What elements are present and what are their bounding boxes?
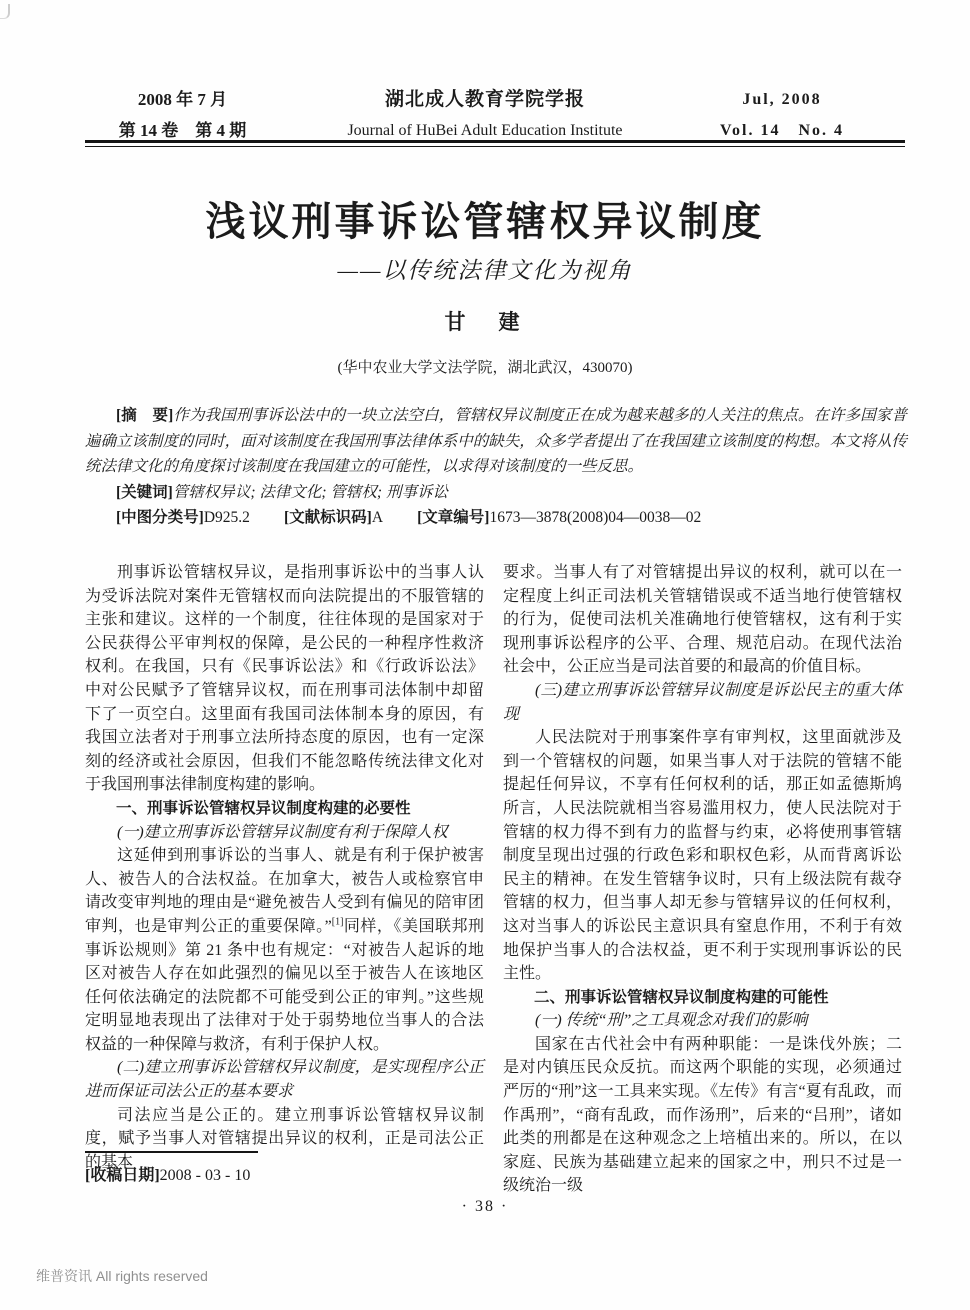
header-journal: 湖北成人教育学院学报 Journal of HuBei Adult Educat… [285, 84, 685, 146]
left-column: 刑事诉讼管辖权异议，是指刑事诉讼中的当事人认为受诉法院对案件无管辖权而向法院提出… [85, 561, 484, 1174]
header-date-en: Jul, 2008 [682, 84, 882, 115]
paragraph: 刑事诉讼管辖权异议，是指刑事诉讼中的当事人认为受诉法院对案件无管辖权而向法院提出… [85, 561, 484, 797]
subsection-heading-3: (三)建立刑事诉讼管辖异议制度是诉讼民主的重大体现 [503, 679, 902, 726]
doc-code-label: [文献标识码] [284, 509, 372, 526]
scan-artifact [0, 4, 10, 19]
subsection-heading-4: (一) 传统“刑”之工具观念对我们的影响 [503, 1009, 902, 1033]
keywords-text: 管辖权异议; 法律文化; 管辖权; 刑事诉讼 [173, 484, 448, 501]
author-name: 甘 建 [0, 306, 970, 336]
watermark: 维普资讯 All rights reserved [36, 1266, 208, 1286]
received-date-line: [收稿日期]2008 - 03 - 10 [85, 1162, 250, 1185]
journal-title-cn: 湖北成人教育学院学报 [285, 84, 685, 115]
header-date-cn: 2008 年 7 月 [90, 84, 275, 115]
abstract: [摘 要]作为我国刑事诉讼法中的一块立法空白，管辖权异议制度正在成为越来越多的人… [85, 403, 907, 480]
paragraph: 要求。当事人有了对管辖提出异议的权利，就可以在一定程度上纠正司法机关管辖错误或不… [503, 561, 902, 679]
received-date-value: 2008 - 03 - 10 [160, 1167, 251, 1184]
abstract-label: [摘 要] [116, 407, 173, 424]
subsection-heading-2: (二)建立刑事诉讼管辖权异议制度，是实现程序公正进而保证司法公正的基本要求 [85, 1056, 484, 1103]
header-issue-cn: 2008 年 7 月 第 14 卷 第 4 期 [90, 84, 275, 146]
footnote-reference: [1] [332, 917, 344, 928]
paragraph: 这延伸到刑事诉讼的当事人、就是有利于保护被害人、被告人的合法权益。在加拿大，被告… [85, 844, 484, 1056]
header-double-rule [85, 140, 905, 147]
section-heading-1: 一、刑事诉讼管辖权异议制度构建的必要性 [85, 797, 484, 821]
classification-line: [中图分类号]D925.2[文献标识码]A[文章编号]1673—3878(200… [85, 505, 907, 531]
article-id-label: [文章编号] [417, 509, 489, 526]
paragraph-text: 同样，《美国联邦刑事诉讼规则》第 21 条中也有规定：“对被告人起诉的地区对被告… [85, 918, 484, 1053]
clc-label: [中图分类号] [116, 509, 204, 526]
author-affiliation: (华中农业大学文法学院，湖北武汉，430070) [0, 356, 970, 377]
paragraph: 人民法院对于刑事案件享有审判权，这里面就涉及到一个管辖权的问题，如果当事人对于法… [503, 726, 902, 986]
article-id-value: 1673—3878(2008)04—0038—02 [489, 509, 701, 526]
meta-block: [摘 要]作为我国刑事诉讼法中的一块立法空白，管辖权异议制度正在成为越来越多的人… [85, 403, 907, 531]
abstract-text: 作为我国刑事诉讼法中的一块立法空白，管辖权异议制度正在成为越来越多的人关注的焦点… [85, 407, 907, 475]
section-heading-2: 二、刑事诉讼管辖权异议制度构建的可能性 [503, 986, 902, 1010]
paragraph: 国家在古代社会中有两种职能：一是诛伐外族；二是对内镇压民众反抗。而这两个职能的实… [503, 1033, 902, 1198]
received-date-label: [收稿日期] [85, 1167, 160, 1184]
footnote-rule [85, 1151, 258, 1153]
right-column: 要求。当事人有了对管辖提出异议的权利，就可以在一定程度上纠正司法机关管辖错误或不… [503, 561, 902, 1198]
article-subtitle: ——以传统法律文化为视角 [0, 252, 970, 285]
doc-code-value: A [372, 509, 383, 526]
article-title: 浅议刑事诉讼管辖权异议制度 [0, 190, 970, 247]
header-issue-en: Jul, 2008 Vol. 14 No. 4 [682, 84, 882, 146]
keywords: [关键词]管辖权异议; 法律文化; 管辖权; 刑事诉讼 [85, 480, 907, 506]
page-number: · 38 · [0, 1198, 970, 1216]
keywords-label: [关键词] [116, 484, 173, 501]
journal-page: 2008 年 7 月 第 14 卷 第 4 期 湖北成人教育学院学报 Journ… [0, 0, 970, 1310]
subsection-heading-1: (一)建立刑事诉讼管辖异议制度有利于保障人权 [85, 821, 484, 845]
clc-value: D925.2 [204, 509, 250, 526]
